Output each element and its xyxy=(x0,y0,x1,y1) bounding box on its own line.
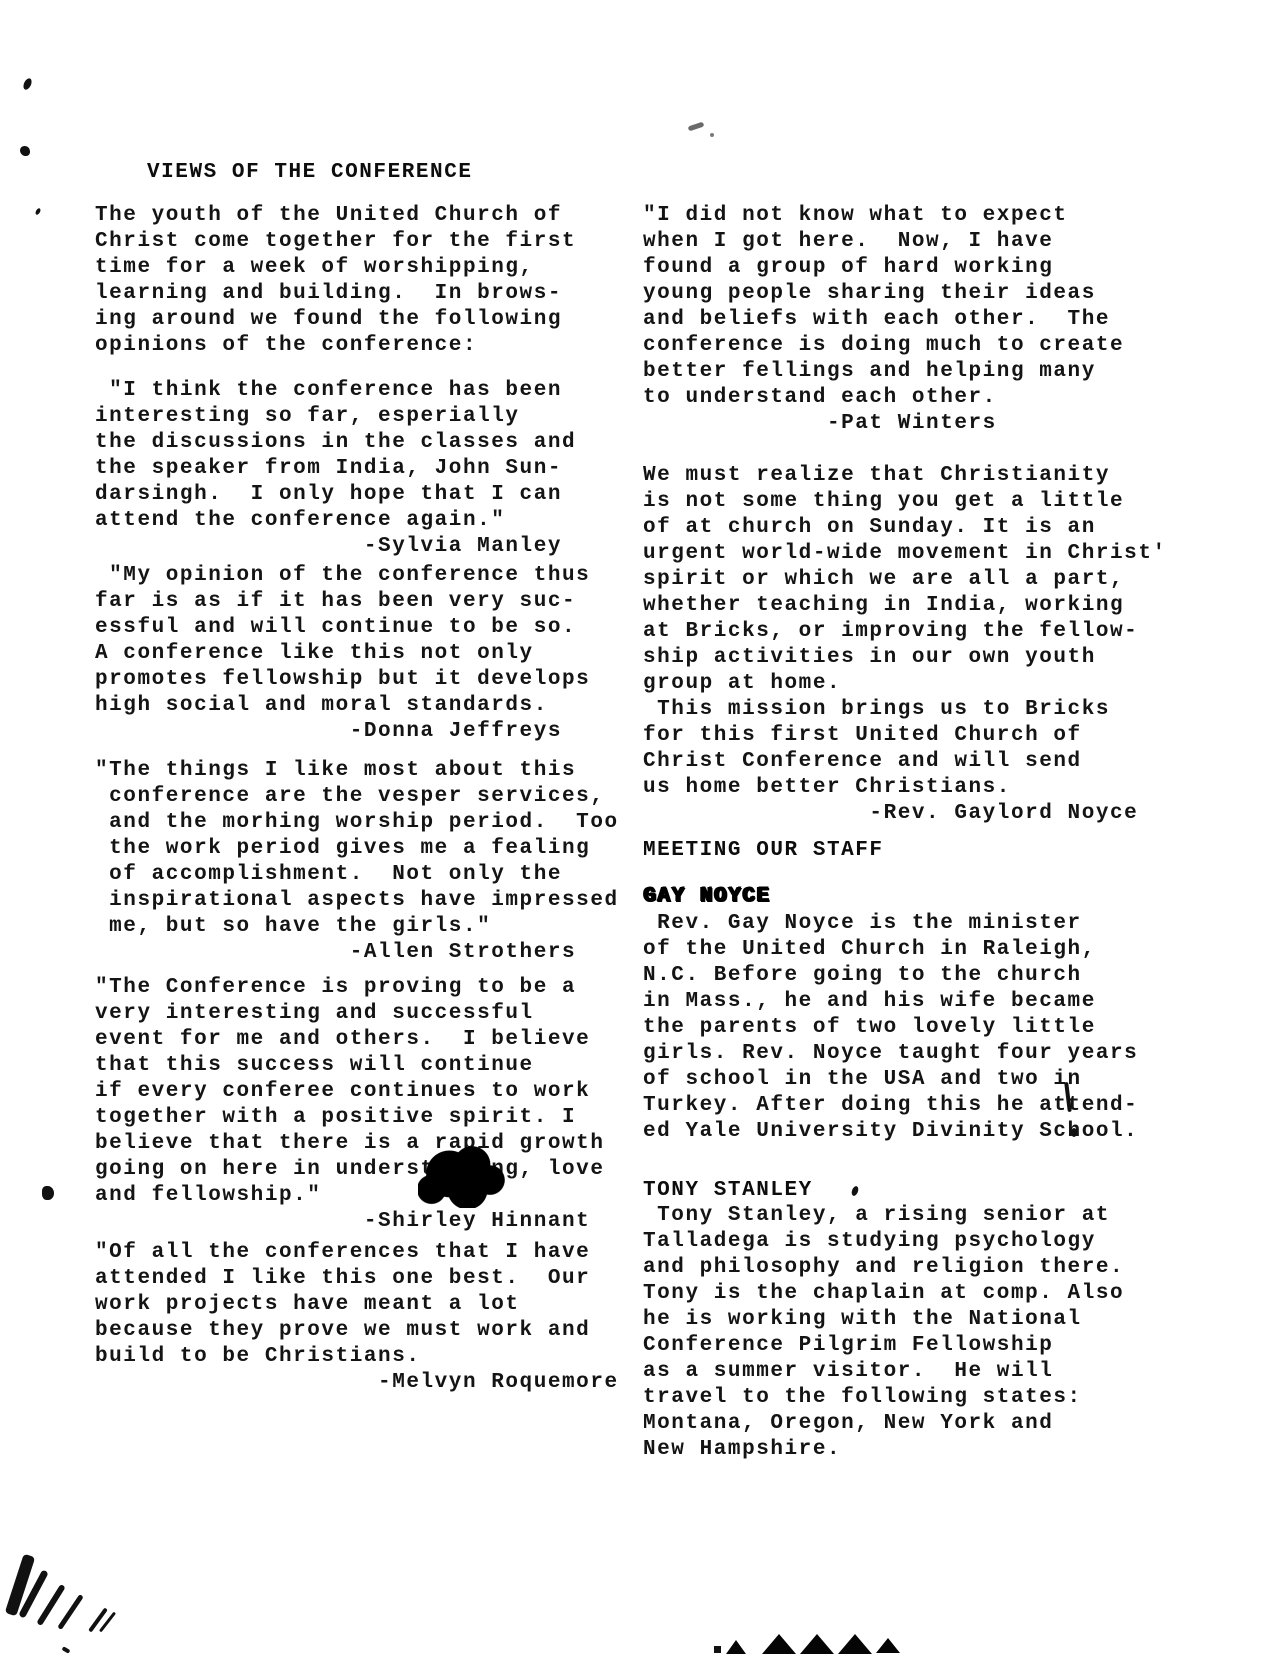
scribble-stroke xyxy=(88,1607,108,1632)
quote-sylvia-manley: "I think the conference has been interes… xyxy=(95,378,576,560)
page-speck-top-left xyxy=(22,77,33,91)
ink-blot-signature xyxy=(418,1146,508,1208)
quote-shirley-hinnant: "The Conference is proving to be a very … xyxy=(95,975,604,1235)
ink-exclamation-right-column-dot xyxy=(1071,1128,1077,1137)
ink-speck xyxy=(714,1646,721,1653)
page-speck-left-lower xyxy=(35,207,42,215)
staff-gay-noyce-heading: GAY NOYCE xyxy=(643,884,770,910)
quote-allen-strothers: "The things I like most about this confe… xyxy=(95,758,619,966)
intro-paragraph: The youth of the United Church of Christ… xyxy=(95,203,576,359)
ink-blobs-bottom-center xyxy=(726,1632,906,1663)
quote-melvyn-roquemore: "Of all the conferences that I have atte… xyxy=(95,1240,619,1396)
staff-gay-noyce-bio: Rev. Gay Noyce is the minister of the Un… xyxy=(643,911,1138,1145)
staff-tony-stanley-bio: Tony Stanley, a rising senior at Tallade… xyxy=(643,1203,1124,1463)
ink-blob xyxy=(726,1640,746,1654)
page-smudge-top-center-dot xyxy=(710,133,714,137)
staff-section-heading: MEETING OUR STAFF xyxy=(643,838,884,864)
page-smudge-top-center xyxy=(688,122,705,132)
quote-gaylord-noyce: We must realize that Christianity is not… xyxy=(643,463,1167,827)
ink-blob xyxy=(800,1634,834,1654)
ink-asterisk-left-margin xyxy=(42,1186,54,1200)
ink-blob xyxy=(876,1638,900,1653)
page-speck-left xyxy=(20,146,30,156)
quote-pat-winters: "I did not know what to expect when I go… xyxy=(643,203,1124,437)
ink-blob xyxy=(762,1634,796,1654)
scribble-stroke xyxy=(57,1594,84,1630)
scribble-speck xyxy=(62,1646,71,1653)
ink-blob xyxy=(838,1634,872,1654)
quote-donna-jeffreys: "My opinion of the conference thus far i… xyxy=(95,563,590,745)
scribble-stroke xyxy=(5,1554,36,1617)
page-title: VIEWS OF THE CONFERENCE xyxy=(147,160,473,186)
staff-tony-stanley-heading: TONY STANLEY xyxy=(643,1178,813,1204)
ink-scribble-bottom-left xyxy=(0,1540,150,1660)
ink-speck-right-column xyxy=(850,1185,859,1196)
